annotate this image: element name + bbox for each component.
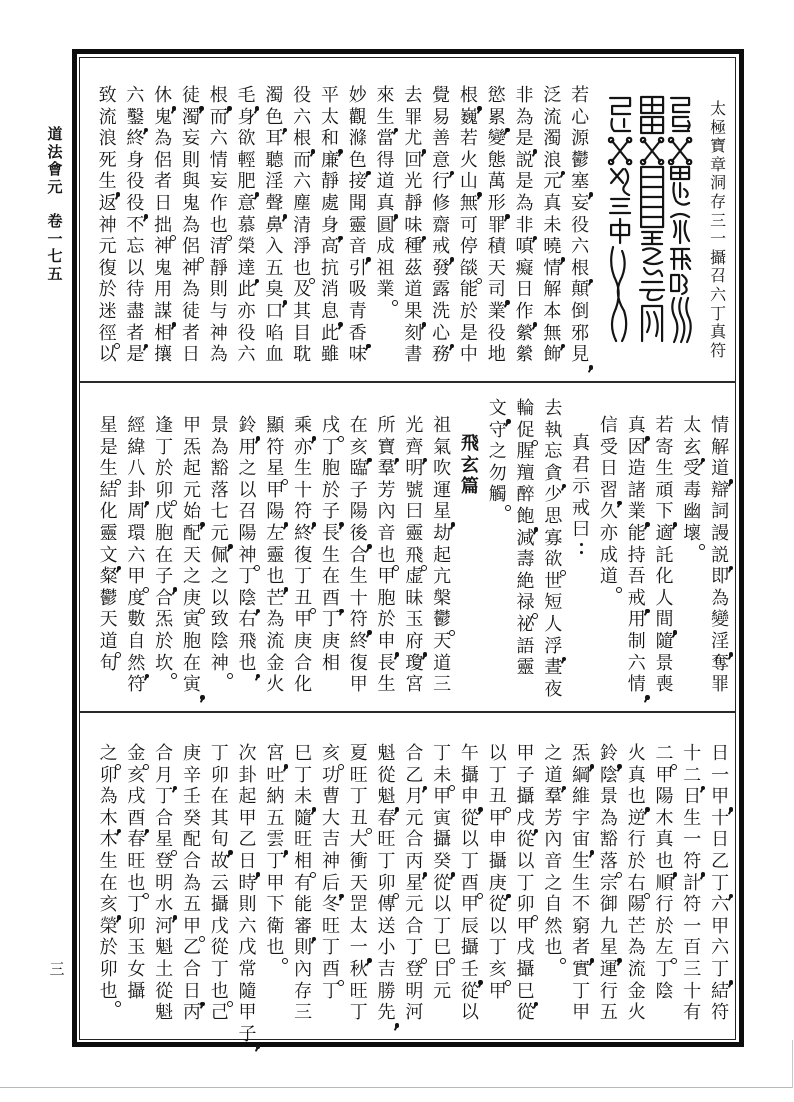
- character: 丁: [345, 786, 373, 808]
- character: 之: [206, 566, 234, 588]
- character: 滌: [344, 128, 372, 150]
- precept-heading: 真君示戒曰：: [567, 398, 595, 541]
- character: 見，: [566, 344, 594, 366]
- character: 思: [539, 506, 567, 528]
- character: 旺: [289, 829, 317, 851]
- character: 靈: [344, 215, 372, 237]
- punctuation-mark: ：: [580, 543, 583, 554]
- character: 寶: [704, 137, 732, 156]
- character: 十: [345, 588, 373, 610]
- character: 星: [400, 873, 428, 895]
- character: 相: [149, 323, 177, 345]
- character: 甲: [428, 786, 456, 808]
- character: 形，: [483, 193, 511, 215]
- character: 雲，: [261, 829, 289, 851]
- precept-verse-column: 文，守之勿觸。: [484, 398, 512, 506]
- character: 復: [94, 258, 122, 280]
- character: 聞: [344, 193, 372, 215]
- character: 者: [177, 323, 205, 345]
- text-column: 夏旺丁丑。大衝天罡太一，秋旺丁: [345, 743, 373, 1024]
- character: 勝: [373, 981, 401, 1003]
- character: 吾: [623, 566, 651, 588]
- margin-volume-number: 卷一七五: [45, 213, 65, 283]
- character: 忘: [121, 236, 149, 258]
- character: 丁: [651, 959, 679, 981]
- character: 以: [484, 916, 512, 938]
- character: 一: [706, 765, 734, 787]
- character: 靈: [400, 523, 428, 545]
- character: 者，: [121, 323, 149, 345]
- text-column: 乘，亦生十符，終復丁丑。甲庚合化: [289, 398, 317, 696]
- punctuation-mark: ，: [645, 695, 650, 700]
- character: 終: [121, 128, 149, 150]
- character: 非，: [511, 215, 539, 237]
- character: 火: [623, 743, 651, 765]
- character: 相: [317, 653, 345, 675]
- text-column: 役六根，而六塵清淨也。及其目耽: [288, 85, 316, 366]
- character: 茲: [399, 258, 427, 280]
- character: 圓: [372, 215, 400, 237]
- character: 無: [455, 193, 483, 215]
- character: 神。: [234, 545, 262, 567]
- character: 流: [538, 107, 566, 129]
- character: 曰: [400, 501, 428, 523]
- character: 酉。: [456, 873, 484, 895]
- character: 明: [400, 458, 428, 480]
- character: 啗: [260, 323, 288, 345]
- character: 業: [483, 301, 511, 323]
- character: 丑。: [345, 808, 373, 830]
- character: 丁: [484, 765, 512, 787]
- character: 庚: [289, 631, 317, 653]
- character: 生。: [95, 458, 123, 480]
- character: 火: [261, 674, 289, 696]
- character: 欲。: [539, 549, 567, 571]
- character: 日: [149, 193, 177, 215]
- character: 不: [567, 894, 595, 916]
- character: 時: [234, 873, 262, 895]
- character: 在: [178, 653, 206, 675]
- text-column: 經緯八卦，周環六甲。度數自然，符: [122, 398, 150, 696]
- character: 佩: [206, 545, 234, 567]
- character: 清: [288, 215, 316, 237]
- character: 靜: [399, 193, 427, 215]
- character: 妄: [177, 128, 205, 150]
- text-column: 鈴，用之以召陽神。丁陰，右飛也，: [234, 398, 262, 674]
- character: 之: [234, 458, 262, 480]
- character: 耽: [288, 344, 316, 366]
- character: 粲: [95, 566, 123, 588]
- character: 淫: [260, 171, 288, 193]
- character: 役: [566, 215, 594, 237]
- character: 審，: [289, 916, 317, 938]
- character: 合: [400, 829, 428, 851]
- character: 戌: [122, 786, 150, 808]
- character: 意，: [427, 150, 455, 172]
- character: 戊: [206, 916, 234, 938]
- character: 以: [512, 851, 540, 873]
- character: 胞: [317, 458, 345, 480]
- character: 一，: [345, 937, 373, 959]
- character: 則: [177, 150, 205, 172]
- character: 顯: [261, 415, 289, 437]
- character: 勿: [484, 463, 512, 485]
- character: 月，: [150, 765, 178, 787]
- character: 六: [205, 128, 233, 150]
- character: 丁: [234, 566, 262, 588]
- character: 逢: [150, 415, 178, 437]
- character: 合: [178, 959, 206, 981]
- punctuation-mark: ，: [395, 1023, 400, 1028]
- character: 修: [427, 193, 455, 215]
- character: 山，: [455, 171, 483, 193]
- character: 一: [45, 231, 65, 249]
- character: 六: [121, 85, 149, 107]
- character: 卯: [95, 765, 123, 787]
- character: 從: [512, 1002, 540, 1024]
- character: 魁，: [373, 786, 401, 808]
- character: 鬼: [149, 258, 177, 280]
- text-column: 若寄生頑下，適託化人間，隨景喪: [651, 398, 679, 696]
- character: 二。: [651, 743, 679, 765]
- character: 甲: [261, 873, 289, 895]
- character: 胞: [150, 523, 178, 545]
- character: 與: [177, 171, 205, 193]
- character: 致: [94, 85, 122, 107]
- seal-script-talisman-icon: [594, 95, 704, 345]
- character: 攝: [428, 829, 456, 851]
- character: 果，: [399, 301, 427, 323]
- character: 丁: [289, 765, 317, 787]
- character: 則: [234, 894, 262, 916]
- character: 運: [595, 959, 623, 981]
- character: 丁: [484, 937, 512, 959]
- character: 亥: [122, 765, 150, 787]
- character: 飛: [234, 631, 262, 653]
- page-number: 三: [47, 961, 67, 979]
- character: 符: [122, 674, 150, 696]
- character: 申，: [373, 631, 401, 653]
- character: 態: [483, 150, 511, 172]
- character: 氣: [428, 437, 456, 459]
- character: 待: [121, 279, 149, 301]
- character: 日: [595, 458, 623, 480]
- character: 有: [289, 873, 317, 895]
- character: 侶: [149, 150, 177, 172]
- character: 戒，: [427, 236, 455, 258]
- text-column: 毛，身欲輕肥，意慕榮達，此亦役六: [233, 85, 261, 366]
- character: 七: [45, 248, 65, 266]
- character: 丁: [206, 743, 234, 765]
- character: 天: [178, 545, 206, 567]
- character: 符，: [345, 609, 373, 631]
- character: 真: [567, 433, 595, 455]
- character: 環: [122, 523, 150, 545]
- character: 靈: [261, 545, 289, 567]
- character: 陽: [651, 786, 679, 808]
- character: 道: [372, 171, 400, 193]
- character: 宇: [567, 808, 595, 830]
- character: 行: [595, 981, 623, 1003]
- character: 丁，: [706, 959, 734, 981]
- character: 味，: [399, 215, 427, 237]
- character: 説: [511, 150, 539, 172]
- character: 其: [288, 301, 316, 323]
- character: 度: [122, 588, 150, 610]
- character: 肥，: [233, 171, 261, 193]
- character: 元: [400, 808, 428, 830]
- character: 然，: [122, 653, 150, 675]
- character: 天: [345, 873, 373, 895]
- character: 也。: [95, 981, 123, 1003]
- character: 子: [512, 765, 540, 787]
- character: 道。: [95, 631, 123, 653]
- character: 長: [317, 523, 345, 545]
- character: 癸: [178, 808, 206, 830]
- character: 得: [372, 150, 400, 172]
- character: 心，: [427, 323, 455, 345]
- character: 久: [595, 501, 623, 523]
- character: 后，: [317, 873, 345, 895]
- character: 萬: [483, 171, 511, 193]
- character: 去: [399, 85, 427, 107]
- character: 庚: [178, 743, 206, 765]
- character: 亥，: [95, 894, 123, 916]
- character: 處: [316, 193, 344, 215]
- character: 是，: [511, 128, 539, 150]
- character: 丑。: [289, 588, 317, 610]
- character: 露: [427, 279, 455, 301]
- character: 停: [455, 236, 483, 258]
- character: 祖: [372, 258, 400, 280]
- character: 行: [651, 894, 679, 916]
- character: 甲: [706, 916, 734, 938]
- character: 太: [345, 916, 373, 938]
- character: 陰: [651, 981, 679, 1003]
- character: 甲: [373, 566, 401, 588]
- character: 芒: [623, 916, 651, 938]
- text-column: 鈴，陰景為豁落。宗御九星，運行五: [595, 743, 623, 1024]
- character: 炁: [178, 437, 206, 459]
- character: 大: [317, 808, 345, 830]
- character: 若: [566, 85, 594, 107]
- character: 夜: [539, 679, 567, 701]
- character: 觸。: [484, 484, 512, 506]
- character: 侶。: [177, 236, 205, 258]
- text-column: 非為是，説是為非，嗔癡日作，縈縈: [511, 85, 539, 366]
- character: 合: [345, 545, 373, 567]
- character: 靈: [512, 657, 540, 679]
- character: 常: [234, 959, 262, 981]
- character: 甲，: [706, 786, 734, 808]
- character: 身: [233, 107, 261, 129]
- character: 促。: [512, 420, 540, 442]
- character: 制: [623, 631, 651, 653]
- character: 謾: [706, 523, 734, 545]
- character: 數: [122, 609, 150, 631]
- character: 真: [651, 829, 679, 851]
- character: 攝: [512, 959, 540, 981]
- character: 召: [704, 267, 732, 286]
- register-divider-lower: [79, 711, 736, 713]
- character: 酉，: [317, 588, 345, 610]
- character: 適: [651, 523, 679, 545]
- character: 情: [205, 150, 233, 172]
- character: 二，: [678, 765, 706, 787]
- character: 於: [150, 631, 178, 653]
- character: 靜: [316, 171, 344, 193]
- character: 魁: [150, 937, 178, 959]
- character: 祖: [428, 415, 456, 437]
- character: 六: [704, 286, 732, 305]
- character: 浮，: [539, 636, 567, 658]
- character: 攝: [704, 249, 732, 268]
- character: 甲: [345, 674, 373, 696]
- text-column: 去罪尤，回光靜味，種茲道果，刻書: [399, 85, 427, 366]
- character: 日: [678, 786, 706, 808]
- character: 納: [261, 786, 289, 808]
- character: 間，: [651, 609, 679, 631]
- character: 丁: [428, 916, 456, 938]
- character: 抗: [316, 258, 344, 280]
- character: 人: [539, 614, 567, 636]
- character: 神: [317, 851, 345, 873]
- character: 夏: [345, 743, 373, 765]
- character: 鈴，: [595, 743, 623, 765]
- character: 持: [623, 545, 651, 567]
- character: 在: [206, 786, 234, 808]
- character: 輪: [512, 398, 540, 420]
- character: 戒: [567, 498, 595, 520]
- character: 會: [45, 161, 65, 179]
- character: 血: [260, 344, 288, 366]
- character: 起: [234, 786, 262, 808]
- character: 落: [206, 480, 234, 502]
- character: 与: [205, 301, 233, 323]
- punctuation-mark: ，: [200, 695, 205, 700]
- character: 陽: [345, 501, 373, 523]
- text-column: 情解道，辯詞謾説，即為變淫，奪罪: [706, 398, 734, 696]
- character: 壽: [512, 549, 540, 571]
- character: 符: [678, 894, 706, 916]
- character: 符，: [289, 501, 317, 523]
- character: 靜: [205, 258, 233, 280]
- character: 法: [45, 144, 65, 162]
- character: 長: [373, 653, 401, 675]
- punctuation-mark: 。: [115, 1001, 121, 1007]
- character: 日: [511, 279, 539, 301]
- character: 為: [177, 215, 205, 237]
- character: 習，: [595, 480, 623, 502]
- character: 塞，: [566, 171, 594, 193]
- character: 存: [704, 193, 732, 212]
- character: 可: [455, 215, 483, 237]
- upper-register: 太極寶章洞存三一攝召六丁真符: [94, 85, 732, 366]
- character: 光: [399, 171, 427, 193]
- character: 接: [344, 171, 372, 193]
- text-column: 宮，吐納五雲，丁甲下衛也。: [261, 743, 289, 959]
- character: 三: [704, 212, 732, 231]
- character: 景: [651, 653, 679, 675]
- character: 生，: [94, 171, 122, 193]
- middle-register: 情解道，辯詞謾説，即為變淫，奪罪 太玄，受毒幽壞。 若寄生頑下，適託化人間，隨景…: [95, 398, 734, 700]
- text-column: 午攝申，從以丁酉。甲辰攝壬，從以: [456, 743, 484, 1024]
- text-column: 若心源鬱塞，妄役六根，顛倒邪見，: [566, 85, 594, 366]
- character: 一: [704, 230, 732, 249]
- character: 午: [456, 743, 484, 765]
- character: 罪: [706, 674, 734, 696]
- text-column: 在亥，臨子陽後，合生十符，終復甲: [345, 398, 373, 696]
- character: 則: [289, 937, 317, 959]
- character: 符: [261, 437, 289, 459]
- character: 詞: [706, 501, 734, 523]
- character: 維: [567, 786, 595, 808]
- character: 虚: [400, 566, 428, 588]
- character: 覺: [427, 85, 455, 107]
- character: 觀: [344, 107, 372, 129]
- character: 自: [539, 894, 567, 916]
- character: 運: [428, 480, 456, 502]
- character: 五: [261, 808, 289, 830]
- character: 平: [316, 85, 344, 107]
- punctuation-mark: 。: [560, 958, 566, 964]
- character: 真: [704, 323, 732, 342]
- character: 和，: [316, 128, 344, 150]
- character: 生: [95, 851, 123, 873]
- character: 從: [150, 981, 178, 1003]
- talisman-title: 太極寶章洞存三一攝召六丁真符: [704, 85, 732, 360]
- text-column: 光齊，明號曰靈飛。虚昧玉府，瓊宮: [400, 398, 428, 696]
- punctuation-mark: 。: [227, 673, 233, 679]
- character: 受: [678, 458, 706, 480]
- character: 子: [345, 480, 373, 502]
- punctuation-mark: 。: [282, 958, 288, 964]
- character: 也。: [261, 937, 289, 959]
- character: 音: [373, 523, 401, 545]
- character: 曰：: [567, 519, 595, 541]
- character: 情: [538, 258, 566, 280]
- character: 六: [234, 916, 262, 938]
- character: 水，: [150, 894, 178, 916]
- character: 甲: [567, 1002, 595, 1024]
- character: 攘: [149, 344, 177, 366]
- character: 邪: [566, 323, 594, 345]
- character: 在: [150, 545, 178, 567]
- character: 左。: [651, 937, 679, 959]
- character: 月: [400, 786, 428, 808]
- character: 陽: [623, 894, 651, 916]
- character: 一: [678, 829, 706, 851]
- character: 乙，: [400, 765, 428, 787]
- punctuation-mark: 。: [171, 673, 177, 679]
- character: 隨: [651, 631, 679, 653]
- character: 陽: [234, 523, 262, 545]
- character: 語: [512, 636, 540, 658]
- character: 丁。: [400, 937, 428, 959]
- character: 也。: [539, 937, 567, 959]
- character: 結: [95, 480, 123, 502]
- character: 隨: [234, 981, 262, 1003]
- character: 絶: [512, 571, 540, 593]
- character: 忘: [539, 441, 567, 463]
- character: 下: [261, 894, 289, 916]
- character: 是: [95, 437, 123, 459]
- character: 流: [94, 107, 122, 129]
- character: 於: [317, 480, 345, 502]
- character: 非: [511, 85, 539, 107]
- character: 起: [178, 458, 206, 480]
- character: 未，: [289, 786, 317, 808]
